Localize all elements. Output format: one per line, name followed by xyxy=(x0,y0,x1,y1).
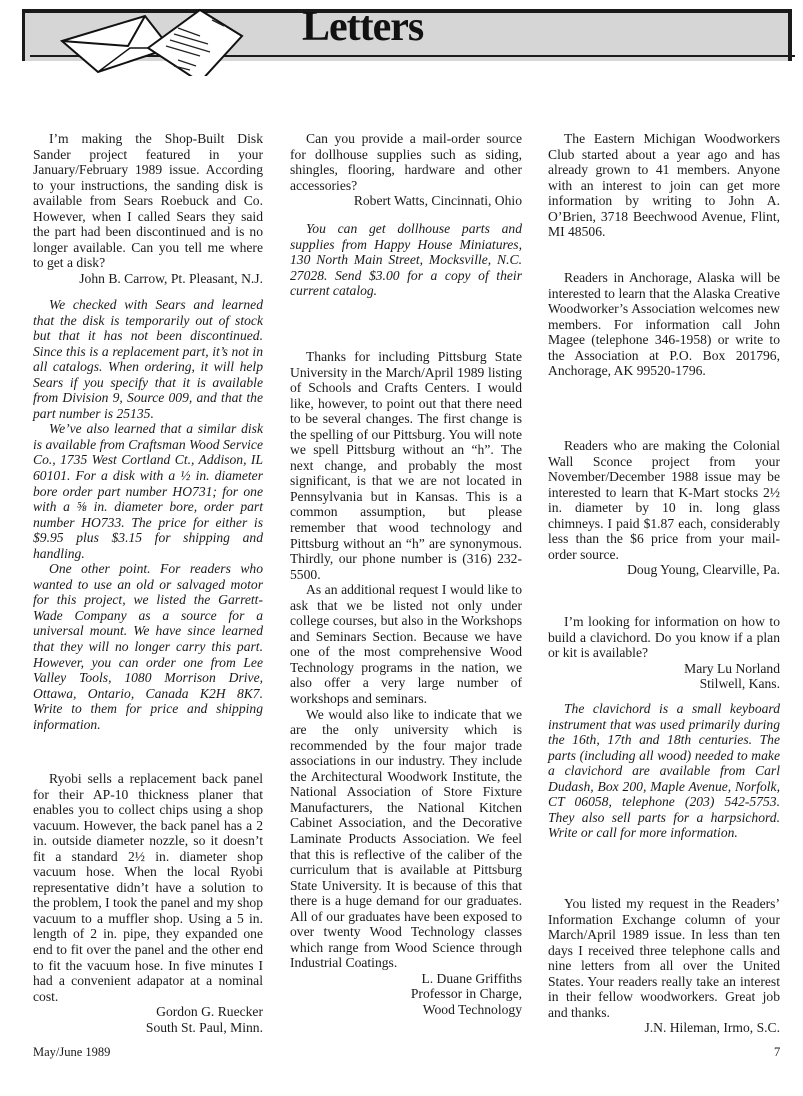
letter-readers-exchange: You listed my request in the Readers’ In… xyxy=(548,896,780,1036)
reply-paragraph: We checked with Sears and learned that t… xyxy=(33,297,263,421)
reply-paragraph: We’ve also learned that a similar disk i… xyxy=(33,421,263,561)
letter-paragraph: Readers who are making the Colonial Wall… xyxy=(548,438,780,562)
letter-paragraph: As an additional request I would like to… xyxy=(290,582,522,706)
page-title: Letters xyxy=(302,6,423,48)
issue-date: May/June 1989 xyxy=(33,1045,110,1060)
letter-signature: L. Duane Griffiths xyxy=(290,971,522,987)
letter-alaska-association: Readers in Anchorage, Alaska will be int… xyxy=(548,270,780,379)
letter-signature: Gordon G. Ruecker xyxy=(33,1004,263,1020)
letter-paragraph: You listed my request in the Readers’ In… xyxy=(548,896,780,1020)
editor-reply-clavichord: The clavichord is a small keyboard instr… xyxy=(548,701,780,841)
letter-pittsburg-state: Thanks for including Pittsburg State Uni… xyxy=(290,349,522,1018)
letter-ryobi-panel: Ryobi sells a replacement back panel for… xyxy=(33,771,263,1035)
letter-signature: Doug Young, Clearville, Pa. xyxy=(548,562,780,578)
letter-signature: Professor in Charge, xyxy=(290,986,522,1002)
letter-paragraph: Can you provide a mail-order source for … xyxy=(290,131,522,193)
editor-reply-dollhouse: You can get dollhouse parts and supplies… xyxy=(290,221,522,299)
letter-wall-sconce: Readers who are making the Colonial Wall… xyxy=(548,438,780,578)
reply-paragraph: One other point. For readers who wanted … xyxy=(33,561,263,732)
letter-signature: John B. Carrow, Pt. Pleasant, N.J. xyxy=(33,271,263,287)
editor-reply-disk-sander: We checked with Sears and learned that t… xyxy=(33,297,263,732)
letter-signature: Robert Watts, Cincinnati, Ohio xyxy=(290,193,522,209)
letter-signature: Mary Lu Norland xyxy=(548,661,780,677)
envelope-and-letter-icon xyxy=(50,6,260,76)
letter-michigan-club: The Eastern Michigan Woodworkers Club st… xyxy=(548,131,780,240)
letter-clavichord: I’m looking for information on how to bu… xyxy=(548,614,780,692)
page-number: 7 xyxy=(774,1045,780,1060)
letter-paragraph: I’m making the Shop-Built Disk Sander pr… xyxy=(33,131,263,271)
reply-paragraph: The clavichord is a small keyboard instr… xyxy=(548,701,780,841)
letter-paragraph: Ryobi sells a replacement back panel for… xyxy=(33,771,263,1004)
letter-signature: Stilwell, Kans. xyxy=(548,676,780,692)
letter-disk-sander: I’m making the Shop-Built Disk Sander pr… xyxy=(33,131,263,286)
reply-paragraph: You can get dollhouse parts and supplies… xyxy=(290,221,522,299)
letter-dollhouse: Can you provide a mail-order source for … xyxy=(290,131,522,209)
letter-signature: J.N. Hileman, Irmo, S.C. xyxy=(548,1020,780,1036)
letter-paragraph: Thanks for including Pittsburg State Uni… xyxy=(290,349,522,582)
letter-paragraph: The Eastern Michigan Woodworkers Club st… xyxy=(548,131,780,240)
letter-signature: Wood Technology xyxy=(290,1002,522,1018)
letter-paragraph: Readers in Anchorage, Alaska will be int… xyxy=(548,270,780,379)
letter-paragraph: We would also like to indicate that we a… xyxy=(290,707,522,971)
letter-paragraph: I’m looking for information on how to bu… xyxy=(548,614,780,661)
letter-signature: South St. Paul, Minn. xyxy=(33,1020,263,1036)
